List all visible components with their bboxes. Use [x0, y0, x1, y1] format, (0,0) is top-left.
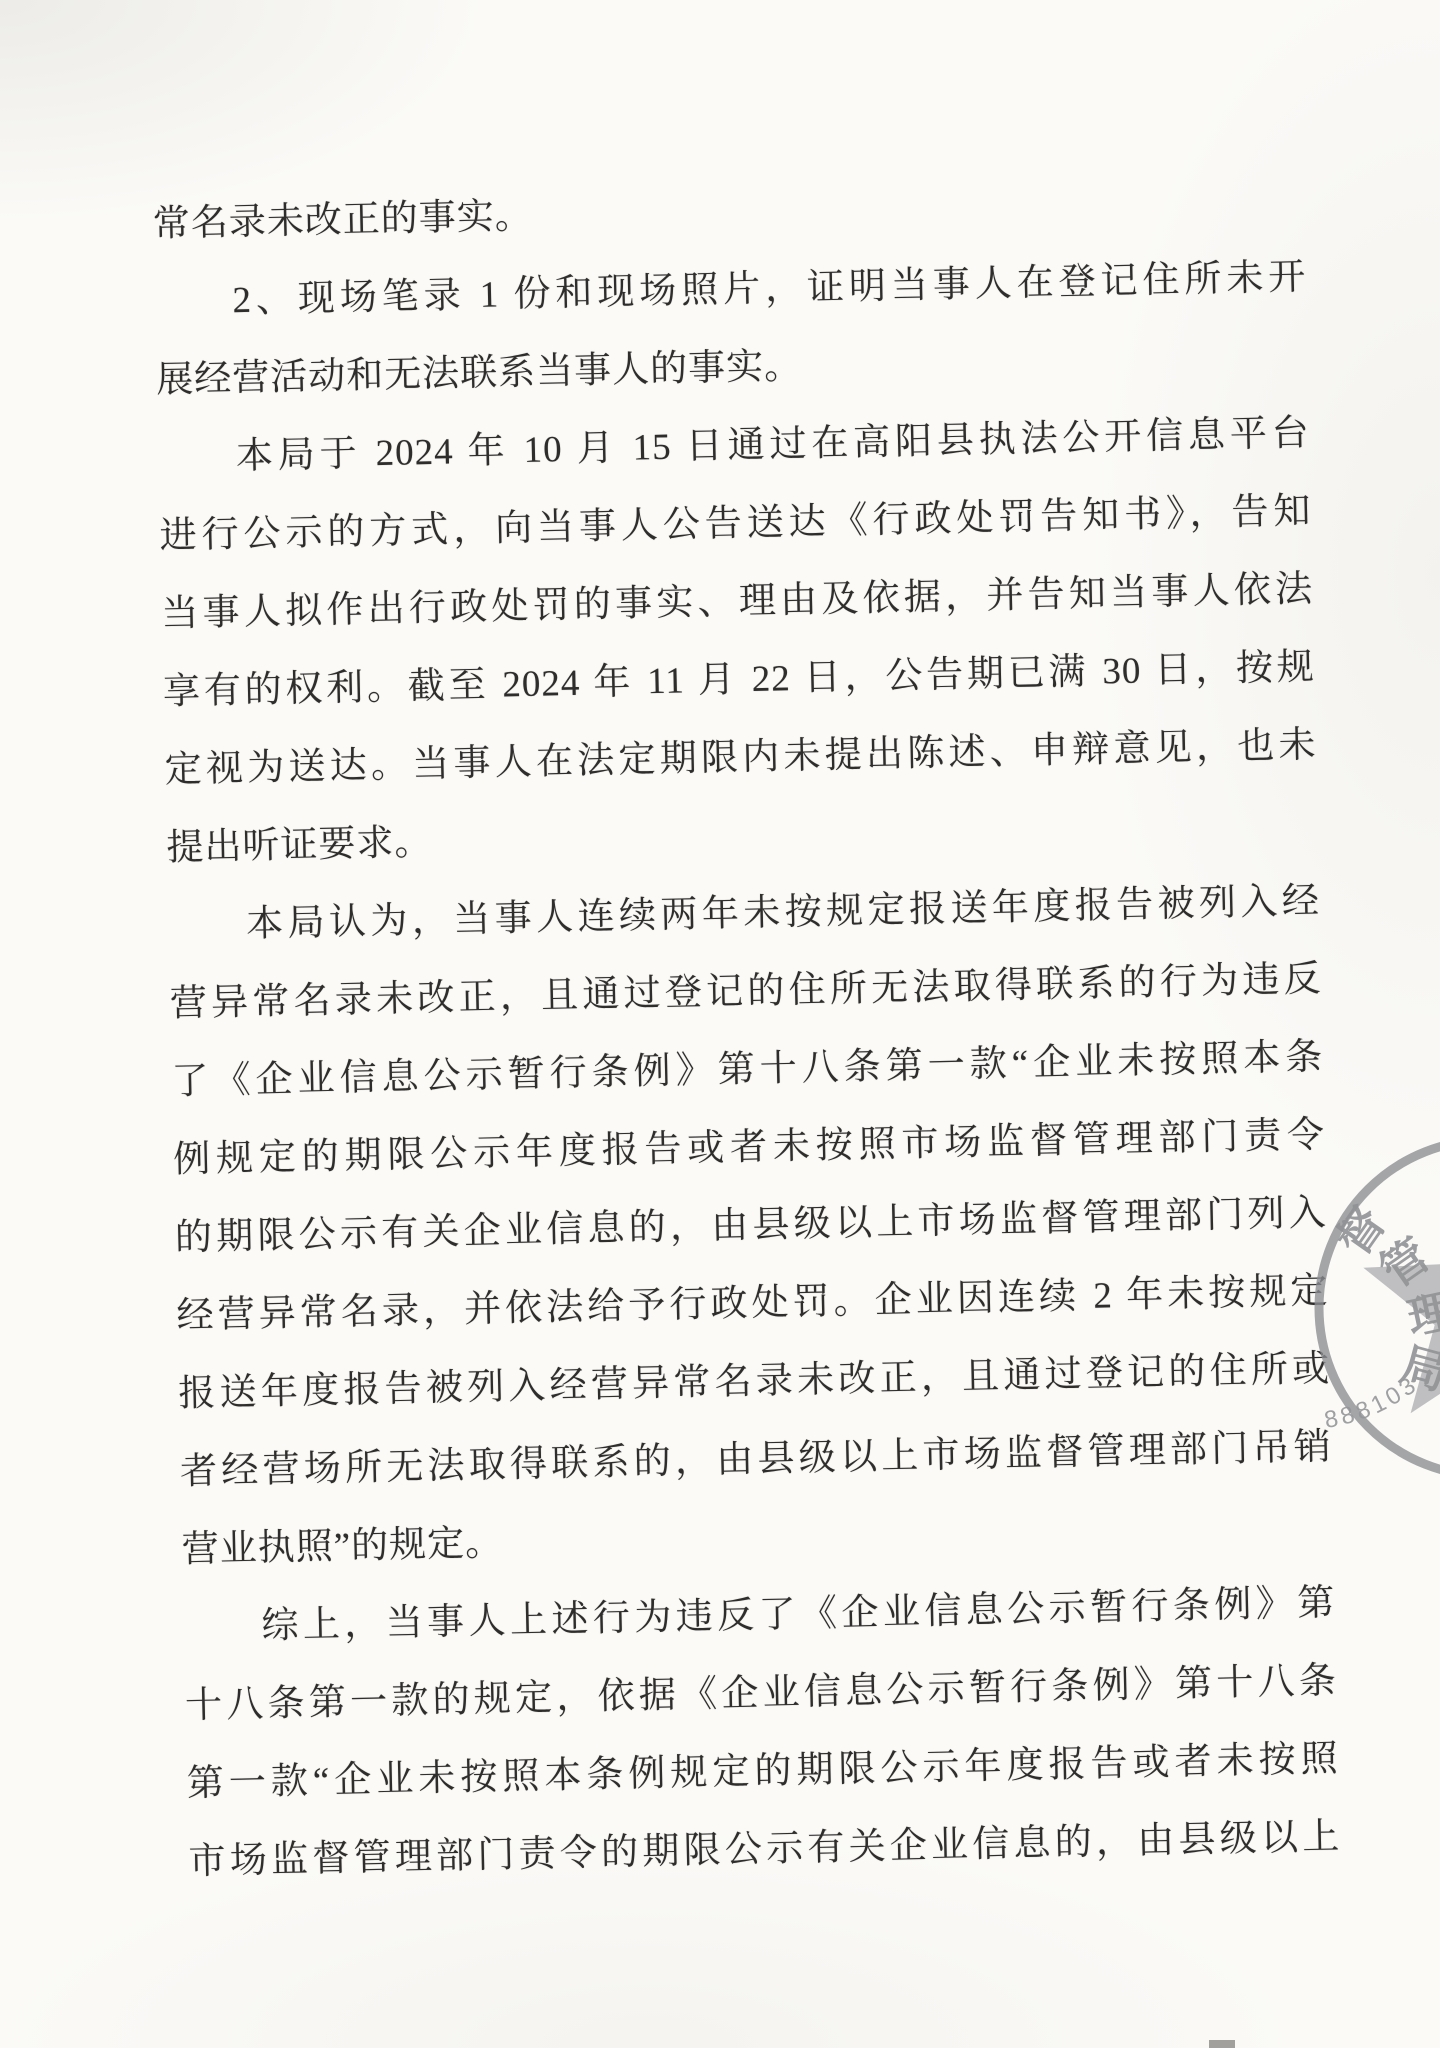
scan-artifact-bar — [497, 2039, 1209, 2048]
scan-artifact-bar-tail — [1209, 2040, 1235, 2048]
seal-arc-character: 局 — [1395, 1338, 1440, 1399]
seal-arc-character: 管 — [1372, 1229, 1439, 1297]
document-page: 常名录未改正的事实。 2、现场笔录 1 份和现场照片，证明当事人在登记住所未开 … — [0, 0, 1440, 2048]
seal-arc-character: 理 — [1403, 1285, 1440, 1344]
seal-ring — [1319, 1140, 1440, 1476]
document-body-text: 常名录未改正的事实。 2、现场笔录 1 份和现场照片，证明当事人在登记住所未开 … — [152, 161, 1341, 1902]
seal-star — [1363, 1178, 1440, 1413]
seal-arc-character: 督 — [1327, 1198, 1395, 1265]
